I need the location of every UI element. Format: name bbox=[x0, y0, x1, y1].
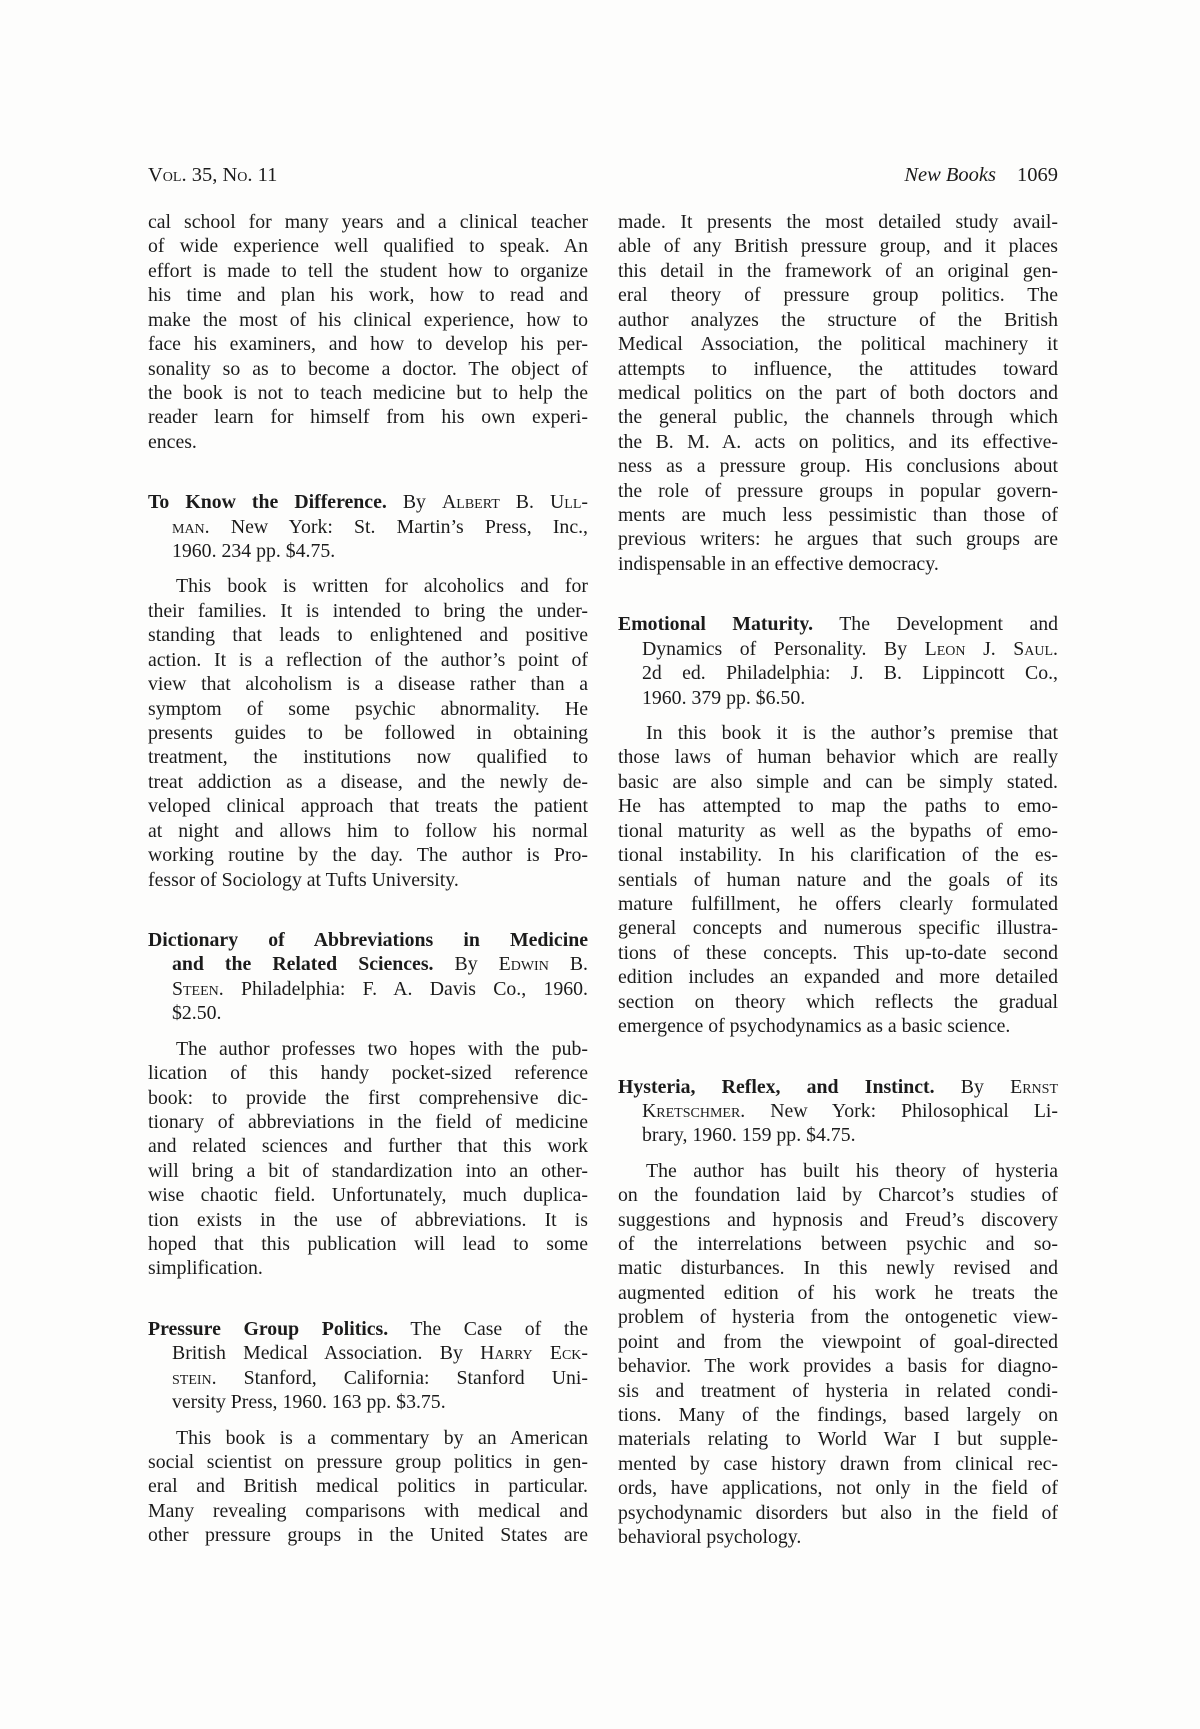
book-title-text: Pressure Group Politics. bbox=[148, 1318, 388, 1340]
text-line: sis and treatment of hysteria in related… bbox=[618, 1379, 1058, 1403]
text-line: on the foundation laid by Charcot’s stud… bbox=[618, 1183, 1058, 1207]
text-line: matic disturbances. In this newly revise… bbox=[618, 1256, 1058, 1280]
imprint-text: British Medical Association. By bbox=[172, 1342, 480, 1364]
text-line: augmented edition of his work he treats … bbox=[618, 1281, 1058, 1305]
book-title-text: Dictionary of Abbreviations in Medicine bbox=[148, 929, 588, 951]
text-line: tions of these concepts. This up-to-date… bbox=[618, 941, 1058, 965]
text-line: Pressure Group Politics. The Case of the bbox=[148, 1317, 588, 1341]
text-line: and the Related Sciences. By Edwin B. bbox=[148, 952, 588, 976]
text-line: tionary of abbreviations in the field of… bbox=[148, 1110, 588, 1134]
text-line: mature fulfillment, he offers clearly fo… bbox=[618, 892, 1058, 916]
text-line: this detail in the framework of an origi… bbox=[618, 259, 1058, 283]
text-line: materials relating to World War I but su… bbox=[618, 1427, 1058, 1451]
text-line: The author has built his theory of hyste… bbox=[618, 1159, 1058, 1183]
text-line: reader learn for himself from his own ex… bbox=[148, 405, 588, 429]
text-line: point and from the viewpoint of goal-dir… bbox=[618, 1330, 1058, 1354]
book-title-text: and the Related Sciences. bbox=[172, 953, 433, 975]
text-line: the book is not to teach medicine but to… bbox=[148, 381, 588, 405]
section-title: New Books bbox=[904, 164, 996, 187]
review-paragraph: made. It presents the most detailed stud… bbox=[618, 210, 1058, 576]
review-paragraph: In this book it is the author’s premise … bbox=[618, 721, 1058, 1038]
text-line: book: to provide the first comprehensive… bbox=[148, 1086, 588, 1110]
text-line: tions. Many of the findings, based large… bbox=[618, 1403, 1058, 1427]
text-line: edition includes an expanded and more de… bbox=[618, 965, 1058, 989]
two-column-text: cal school for many years and a clinical… bbox=[148, 210, 1058, 1550]
text-line: other pressure groups in the United Stat… bbox=[148, 1523, 588, 1547]
volume-issue-label: Vol. 35, No. 11 bbox=[148, 164, 277, 187]
text-line: The author professes two hopes with the … bbox=[148, 1037, 588, 1061]
text-line: symptom of some psychic abnormality. He bbox=[148, 697, 588, 721]
text-line: tional instability. In his clarification… bbox=[618, 843, 1058, 867]
text-line: effort is made to tell the student how t… bbox=[148, 259, 588, 283]
imprint-text: By bbox=[387, 491, 442, 513]
imprint-text: brary, 1960. 159 pp. $4.75. bbox=[642, 1124, 856, 1146]
imprint-text: New York: Philosophical Li- bbox=[745, 1100, 1058, 1122]
text-line: British Medical Association. By Harry Ec… bbox=[148, 1341, 588, 1365]
text-line: $2.50. bbox=[148, 1001, 588, 1025]
text-line: make the most of his clinical experience… bbox=[148, 308, 588, 332]
text-line: their families. It is intended to bring … bbox=[148, 599, 588, 623]
text-line: working routine by the day. The author i… bbox=[148, 843, 588, 867]
text-line: versity Press, 1960. 163 pp. $3.75. bbox=[148, 1390, 588, 1414]
text-line: able of any British pressure group, and … bbox=[618, 234, 1058, 258]
text-line: view that alcoholism is a disease rather… bbox=[148, 672, 588, 696]
text-line: medical politics on the part of both doc… bbox=[618, 381, 1058, 405]
text-line: This book is a commentary by an American bbox=[148, 1426, 588, 1450]
text-line: the role of pressure groups in popular g… bbox=[618, 479, 1058, 503]
review-paragraph: cal school for many years and a clinical… bbox=[148, 210, 588, 454]
imprint-text: 1960. 379 pp. $6.50. bbox=[642, 687, 805, 709]
review-paragraph: This book is written for alcoholics and … bbox=[148, 574, 588, 891]
text-line: Many revealing comparisons with medical … bbox=[148, 1499, 588, 1523]
imprint-text: The Case of the bbox=[388, 1318, 588, 1340]
text-line: 2d ed. Philadelphia: J. B. Lippincott Co… bbox=[618, 661, 1058, 685]
text-line: Kretschmer. New York: Philosophical Li- bbox=[618, 1099, 1058, 1123]
text-line: ords, have applications, not only in the… bbox=[618, 1476, 1058, 1500]
book-title-text: Hysteria, Reflex, and Instinct. bbox=[618, 1076, 935, 1098]
text-line: general concepts and numerous specific i… bbox=[618, 916, 1058, 940]
text-line: fessor of Sociology at Tufts University. bbox=[148, 868, 588, 892]
imprint-text: Dynamics of Personality. By bbox=[642, 638, 925, 660]
text-line: cal school for many years and a clinical… bbox=[148, 210, 588, 234]
text-line: ments are much less pessimistic than tho… bbox=[618, 503, 1058, 527]
text-line: veloped clinical approach that treats th… bbox=[148, 794, 588, 818]
text-line: standing that leads to enlightened and p… bbox=[148, 623, 588, 647]
imprint-text: 1960. 234 pp. $4.75. bbox=[172, 540, 335, 562]
text-line: his time and plan his work, how to read … bbox=[148, 283, 588, 307]
text-line: Dictionary of Abbreviations in Medicine bbox=[148, 928, 588, 952]
imprint-text: By bbox=[935, 1076, 1011, 1098]
text-line: man. New York: St. Martin’s Press, Inc., bbox=[148, 515, 588, 539]
running-header-right: New Books 1069 bbox=[904, 164, 1058, 187]
book-title-text: Emotional Maturity. bbox=[618, 613, 813, 635]
text-line: face his examiners, and how to develop h… bbox=[148, 332, 588, 356]
text-line: ness as a pressure group. His conclusion… bbox=[618, 454, 1058, 478]
text-line: presents guides to be followed in obtain… bbox=[148, 721, 588, 745]
text-line: Dynamics of Personality. By Leon J. Saul… bbox=[618, 637, 1058, 661]
text-line: treatment, the institutions now qualifie… bbox=[148, 745, 588, 769]
author-name-text: stein. bbox=[172, 1367, 217, 1389]
text-line: tion exists in the use of abbreviations.… bbox=[148, 1208, 588, 1232]
text-line: sonality so as to become a doctor. The o… bbox=[148, 357, 588, 381]
review-paragraph: This book is a commentary by an American… bbox=[148, 1426, 588, 1548]
text-line: section on theory which reflects the gra… bbox=[618, 990, 1058, 1014]
imprint-text: New York: St. Martin’s Press, Inc., bbox=[210, 516, 588, 538]
text-line: tional maturity as well as the bypaths o… bbox=[618, 819, 1058, 843]
book-entry-heading: To Know the Difference. By Albert B. Ull… bbox=[148, 490, 588, 563]
text-line: basic are also simple and can be simply … bbox=[618, 770, 1058, 794]
text-line: hoped that this publication will lead to… bbox=[148, 1232, 588, 1256]
text-line: of the interrelations between psychic an… bbox=[618, 1232, 1058, 1256]
text-line: behavioral psychology. bbox=[618, 1525, 1058, 1549]
imprint-text: The Development and bbox=[813, 613, 1058, 635]
text-line: In this book it is the author’s premise … bbox=[618, 721, 1058, 745]
text-line: those laws of human behavior which are r… bbox=[618, 745, 1058, 769]
page-number: 1069 bbox=[1017, 164, 1058, 187]
text-line: the B. M. A. acts on politics, and its e… bbox=[618, 430, 1058, 454]
text-line: psychodynamic disorders but also in the … bbox=[618, 1501, 1058, 1525]
author-name-text: Leon J. Saul. bbox=[925, 638, 1058, 660]
text-line: eral and British medical politics in par… bbox=[148, 1474, 588, 1498]
text-line: eral theory of pressure group politics. … bbox=[618, 283, 1058, 307]
imprint-text: Philadelphia: F. A. Davis Co., 1960. bbox=[224, 978, 588, 1000]
text-line: ences. bbox=[148, 430, 588, 454]
text-line: previous writers: he argues that such gr… bbox=[618, 527, 1058, 551]
text-line: This book is written for alcoholics and … bbox=[148, 574, 588, 598]
text-line: emergence of psychodynamics as a basic s… bbox=[618, 1014, 1058, 1038]
right-column: made. It presents the most detailed stud… bbox=[618, 210, 1058, 1550]
text-line: stein. Stanford, California: Stanford Un… bbox=[148, 1366, 588, 1390]
author-name-text: Steen. bbox=[172, 978, 224, 1000]
imprint-text: Stanford, California: Stanford Uni- bbox=[217, 1367, 588, 1389]
text-line: social scientist on pressure group polit… bbox=[148, 1450, 588, 1474]
author-name-text: Albert B. Ull- bbox=[442, 491, 588, 513]
journal-page: Vol. 35, No. 11 New Books 1069 cal schoo… bbox=[0, 0, 1200, 1729]
text-line: 1960. 379 pp. $6.50. bbox=[618, 686, 1058, 710]
running-header: Vol. 35, No. 11 New Books 1069 bbox=[148, 164, 1058, 187]
author-name-text: Edwin B. bbox=[499, 953, 588, 975]
text-line: author analyzes the structure of the Bri… bbox=[618, 308, 1058, 332]
author-name-text: Kretschmer. bbox=[642, 1100, 745, 1122]
imprint-text: 2d ed. Philadelphia: J. B. Lippincott Co… bbox=[642, 662, 1058, 684]
text-line: problem of hysteria from the ontogenetic… bbox=[618, 1305, 1058, 1329]
text-line: sentials of human nature and the goals o… bbox=[618, 868, 1058, 892]
text-line: at night and allows him to follow his no… bbox=[148, 819, 588, 843]
text-line: action. It is a reflection of the author… bbox=[148, 648, 588, 672]
imprint-text: versity Press, 1960. 163 pp. $3.75. bbox=[172, 1391, 446, 1413]
text-line: suggestions and hypnosis and Freud’s dis… bbox=[618, 1208, 1058, 1232]
imprint-text: By bbox=[433, 953, 498, 975]
review-paragraph: The author professes two hopes with the … bbox=[148, 1037, 588, 1281]
text-line: and related sciences and further that th… bbox=[148, 1134, 588, 1158]
text-line: wise chaotic field. Unfortunately, much … bbox=[148, 1183, 588, 1207]
text-line: 1960. 234 pp. $4.75. bbox=[148, 539, 588, 563]
text-line: the general public, the channels through… bbox=[618, 405, 1058, 429]
text-line: Hysteria, Reflex, and Instinct. By Ernst bbox=[618, 1075, 1058, 1099]
text-line: lication of this handy pocket-sized refe… bbox=[148, 1061, 588, 1085]
text-line: treat addiction as a disease, and the ne… bbox=[148, 770, 588, 794]
book-entry-heading: Pressure Group Politics. The Case of the… bbox=[148, 1317, 588, 1415]
text-line: Medical Association, the political machi… bbox=[618, 332, 1058, 356]
text-line: simplification. bbox=[148, 1256, 588, 1280]
text-line: To Know the Difference. By Albert B. Ull… bbox=[148, 490, 588, 514]
text-line: of wide experience well qualified to spe… bbox=[148, 234, 588, 258]
text-line: will bring a bit of standardization into… bbox=[148, 1159, 588, 1183]
text-line: He has attempted to map the paths to emo… bbox=[618, 794, 1058, 818]
book-entry-heading: Hysteria, Reflex, and Instinct. By Ernst… bbox=[618, 1075, 1058, 1148]
text-line: Emotional Maturity. The Development and bbox=[618, 612, 1058, 636]
book-title-text: To Know the Difference. bbox=[148, 491, 387, 513]
text-line: brary, 1960. 159 pp. $4.75. bbox=[618, 1123, 1058, 1147]
author-name-text: Harry Eck- bbox=[480, 1342, 588, 1364]
text-line: indispensable in an effective democracy. bbox=[618, 552, 1058, 576]
review-paragraph: The author has built his theory of hyste… bbox=[618, 1159, 1058, 1550]
author-name-text: Ernst bbox=[1010, 1076, 1058, 1098]
text-line: attempts to influence, the attitudes tow… bbox=[618, 357, 1058, 381]
text-line: made. It presents the most detailed stud… bbox=[618, 210, 1058, 234]
book-entry-heading: Emotional Maturity. The Development andD… bbox=[618, 612, 1058, 710]
imprint-text: $2.50. bbox=[172, 1002, 221, 1024]
author-name-text: man. bbox=[172, 516, 210, 538]
text-line: Steen. Philadelphia: F. A. Davis Co., 19… bbox=[148, 977, 588, 1001]
left-column: cal school for many years and a clinical… bbox=[148, 210, 588, 1550]
text-line: behavior. The work provides a basis for … bbox=[618, 1354, 1058, 1378]
book-entry-heading: Dictionary of Abbreviations in Medicinea… bbox=[148, 928, 588, 1026]
text-line: mented by case history drawn from clinic… bbox=[618, 1452, 1058, 1476]
